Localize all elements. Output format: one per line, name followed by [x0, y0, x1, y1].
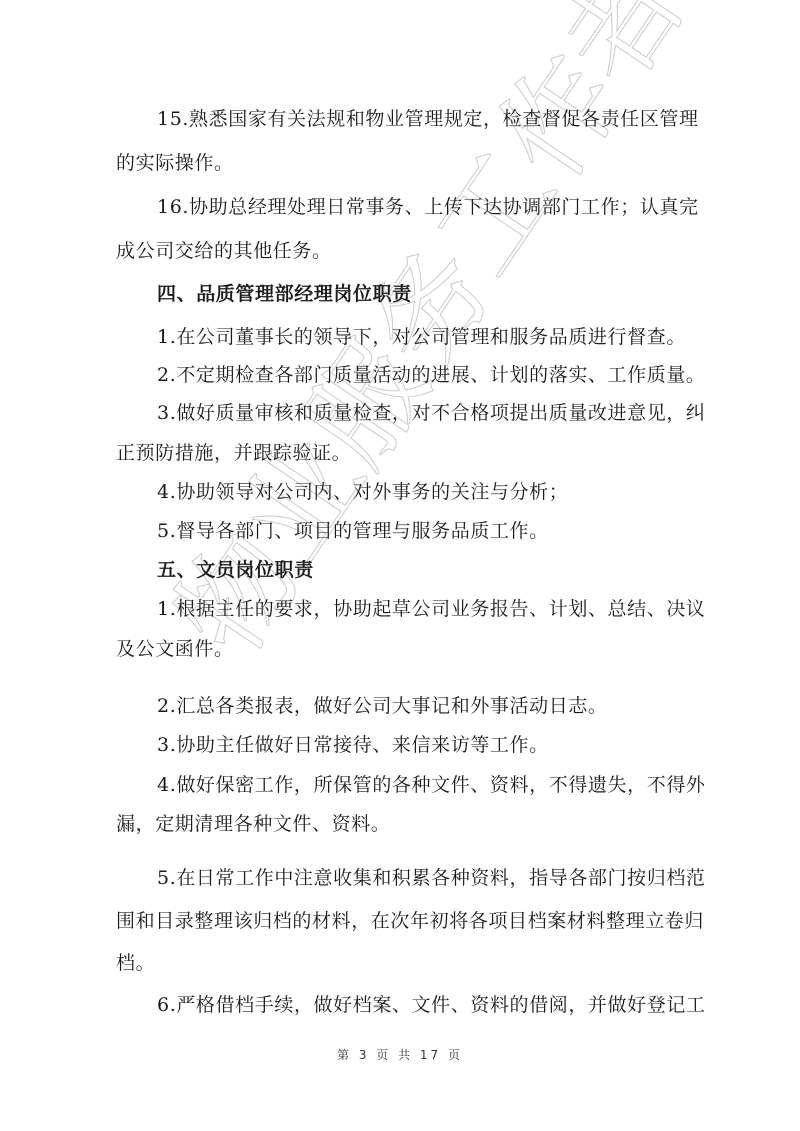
paragraph-line: 2.不定期检查各部门质量活动的进展、计划的落实、工作质量。	[157, 363, 706, 387]
paragraph-line: 漏，定期清理各种文件、资料。	[116, 812, 390, 836]
paragraph-line: 4.协助领导对公司内、对外事务的关注与分析；	[157, 480, 568, 504]
paragraph-line: 4.做好保密工作，所保管的各种文件、资料，不得遗失，不得外	[157, 773, 706, 797]
section-heading: 五、文员岗位职责	[157, 558, 314, 582]
paragraph-line: 的实际操作。	[116, 151, 234, 175]
paragraph-line: 正预防措施，并跟踪验证。	[116, 441, 351, 465]
paragraph-line: 及公文函件。	[116, 637, 234, 661]
section-heading: 四、品质管理部经理岗位职责	[157, 282, 412, 306]
paragraph-line: 3.协助主任做好日常接待、来信来访等工作。	[157, 733, 549, 757]
paragraph-line: 16.协助总经理处理日常事务、上传下达协调部门工作；认真完	[157, 195, 699, 219]
paragraph-line: 3.做好质量审核和质量检查，对不合格项提出质量改进意见，纠	[157, 401, 706, 425]
paragraph-line: 6.严格借档手续，做好档案、文件、资料的借阅，并做好登记工	[157, 993, 706, 1017]
paragraph-line: 成公司交给的其他任务。	[116, 239, 332, 263]
paragraph-line: 15.熟悉国家有关法规和物业管理规定，检查督促各责任区管理	[157, 107, 699, 131]
document-page: 物业服务工作者 15.熟悉国家有关法规和物业管理规定，检查督促各责任区管理的实际…	[0, 0, 800, 1131]
paragraph-line: 1.在公司董事长的领导下，对公司管理和服务品质进行督查。	[157, 325, 686, 349]
paragraph-line: 5.督导各部门、项目的管理与服务品质工作。	[157, 519, 549, 543]
paragraph-line: 2.汇总各类报表，做好公司大事记和外事活动日志。	[157, 694, 608, 718]
paragraph-line: 档。	[116, 951, 155, 975]
paragraph-line: 1.根据主任的要求，协助起草公司业务报告、计划、总结、决议	[157, 597, 706, 621]
paragraph-line: 5.在日常工作中注意收集和积累各种资料，指导各部门按归档范	[157, 866, 706, 890]
page-footer: 第 3 页 共 17 页	[0, 1046, 800, 1063]
paragraph-line: 围和目录整理该归档的材料，在次年初将各项目档案材料整理立卷归	[116, 909, 704, 933]
